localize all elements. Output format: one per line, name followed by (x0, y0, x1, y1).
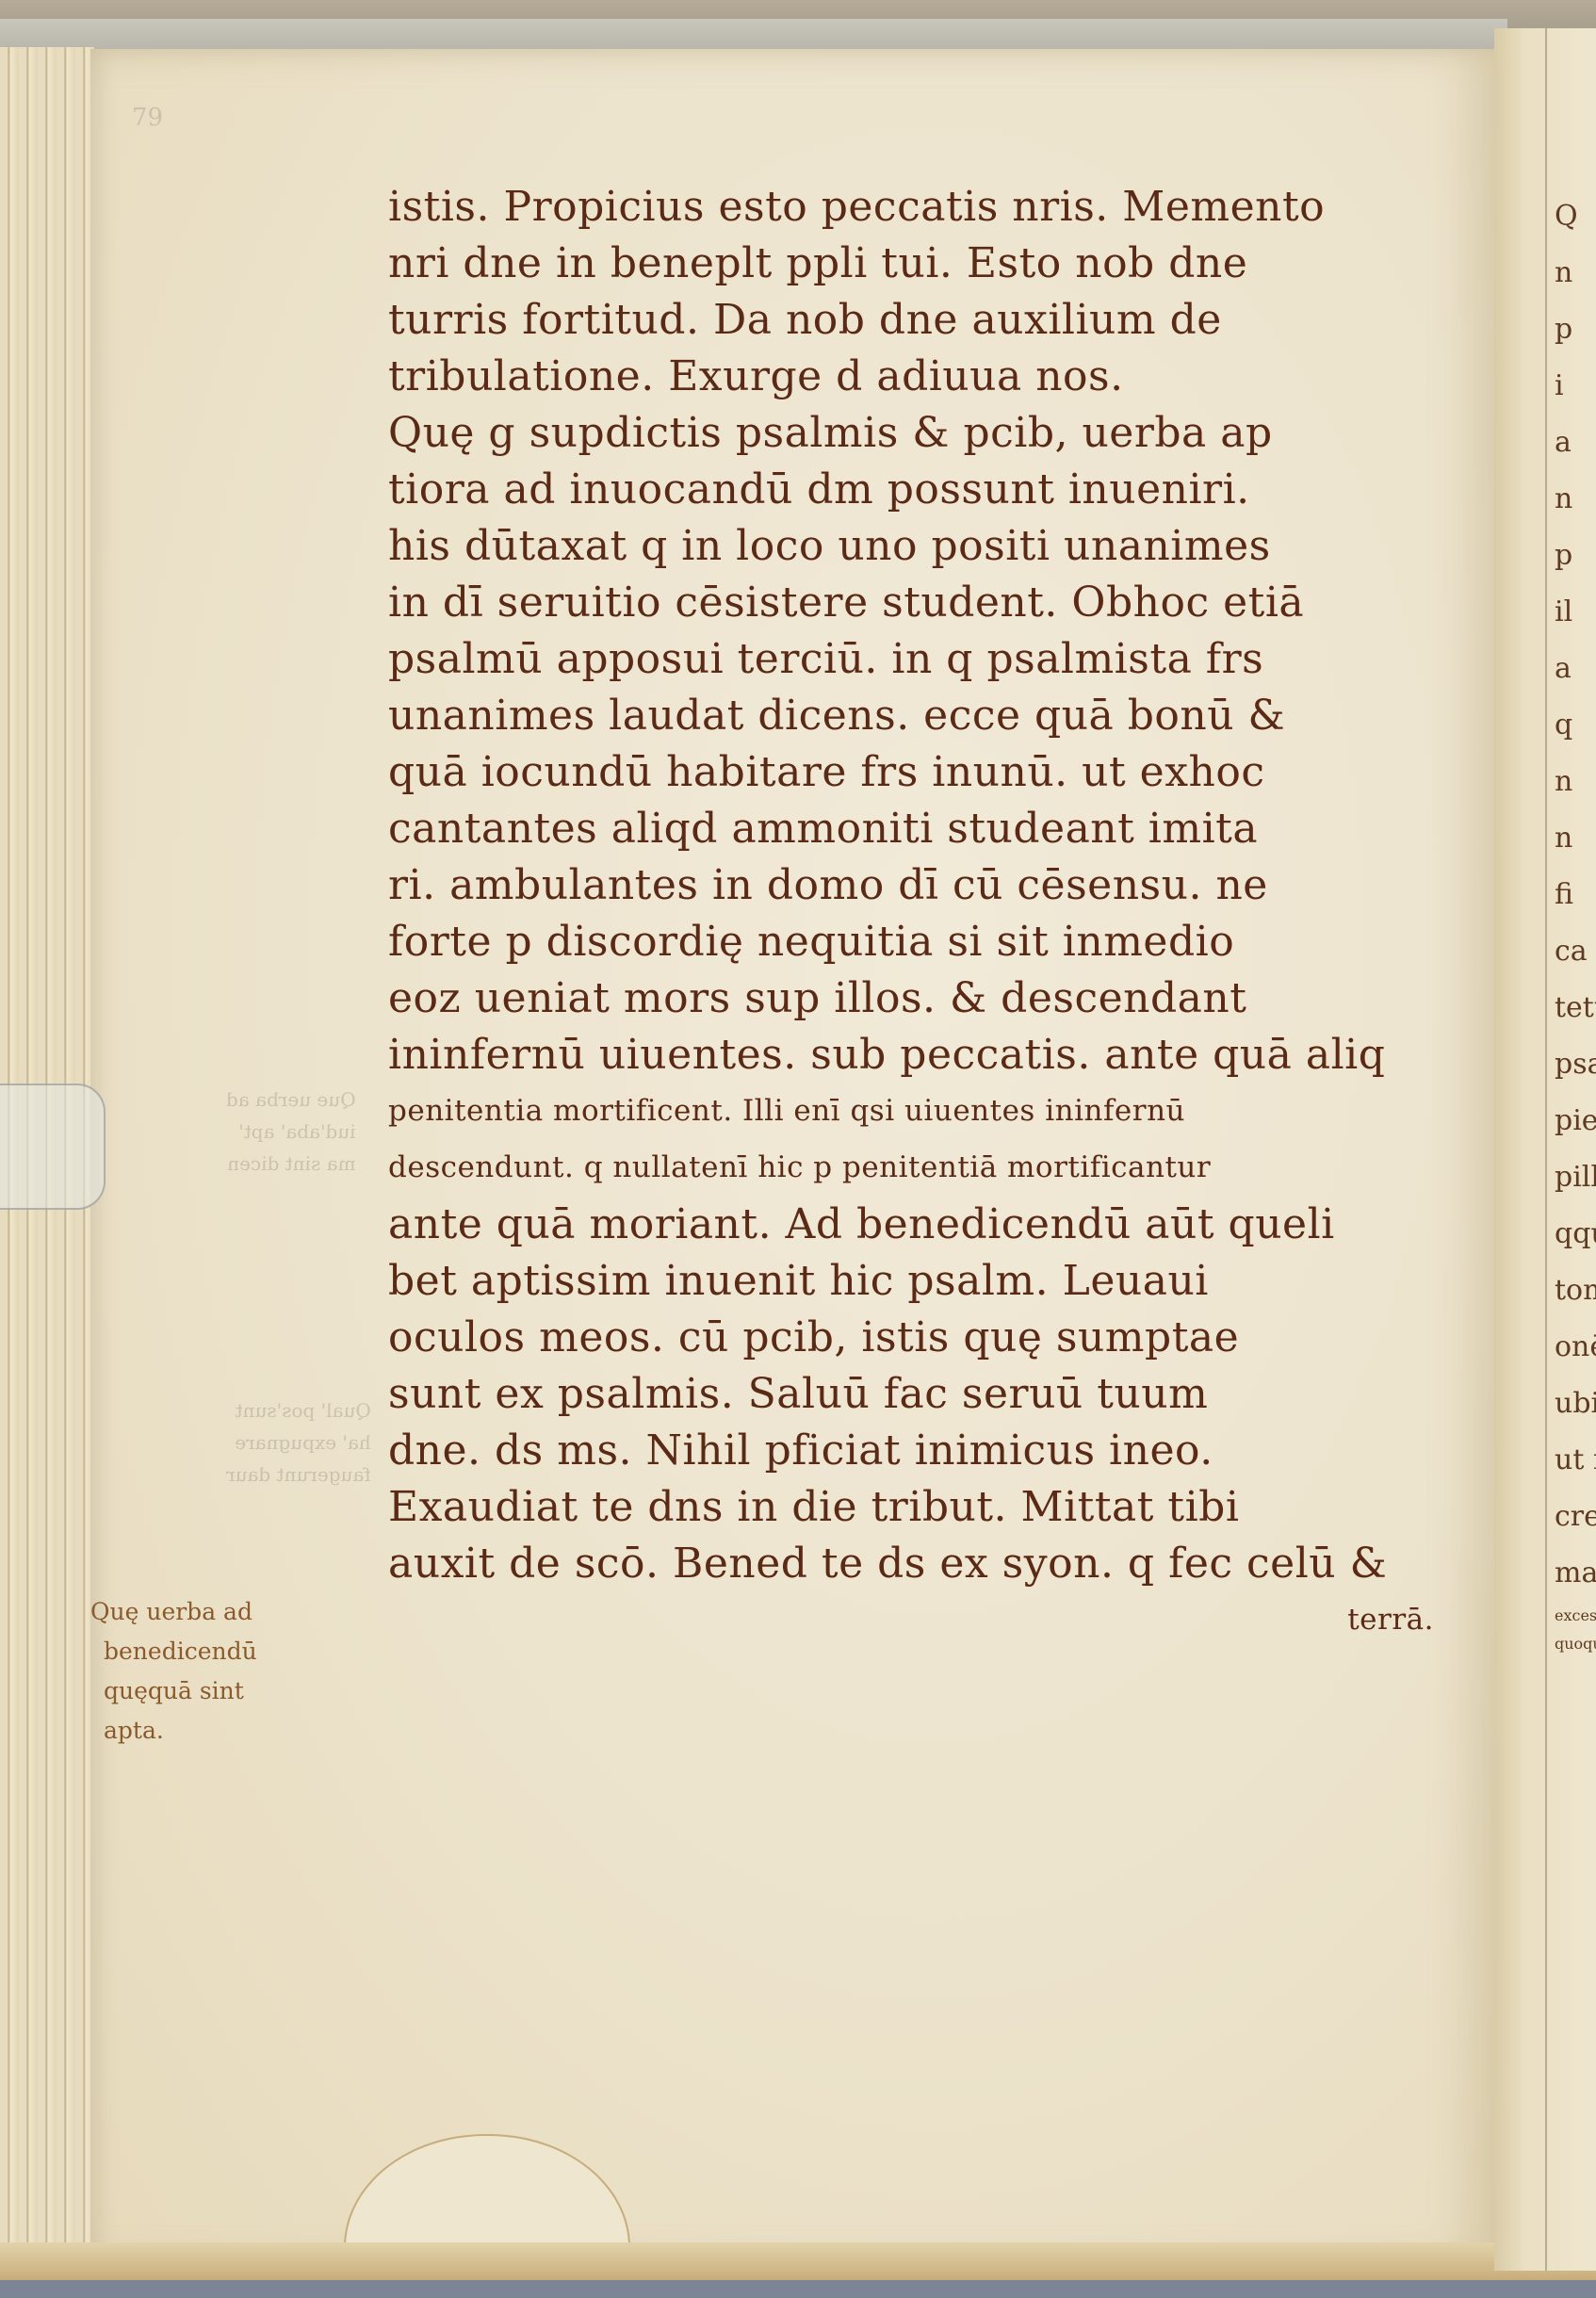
fragment-line: pieta (1555, 1093, 1596, 1149)
text-line: sunt ex psalmis. Saluū fac seruū tuum (388, 1366, 1472, 1423)
fragment-line: n (1555, 754, 1596, 810)
text-line: auxit de scō. Bened te ds ex syon. q fec… (388, 1536, 1472, 1592)
fragment-line: credu (1555, 1489, 1596, 1545)
fragment-line: Q (1555, 188, 1596, 245)
text-line: ininfernū uiuentes. sub peccatis. ante q… (388, 1027, 1472, 1084)
margin-note-line: Quę uerba ad (90, 1592, 335, 1632)
fragment-line: ca (1555, 923, 1596, 980)
ghost-note-upper: Que uerba ad iud'aba' apt' ma sint dicen (226, 1084, 356, 1180)
text-line: istis. Propicius esto peccatis nris. Mem… (388, 179, 1472, 236)
fragment-line: i (1555, 358, 1596, 415)
fragment-line: n (1555, 245, 1596, 302)
text-line: quā iocundū habitare frs inunū. ut exhoc (388, 744, 1472, 801)
fragment-line: a (1555, 641, 1596, 697)
fragment-line: ut n (1555, 1432, 1596, 1489)
text-line: ante quā moriant. Ad benedicendū aūt que… (388, 1197, 1472, 1253)
book-board-top (0, 19, 1507, 51)
text-line: Exaudiat te dns in die tribut. Mittat ti… (388, 1479, 1472, 1536)
text-line: eoz ueniat mors sup illos. & descendant (388, 970, 1472, 1027)
fragment-line: ubi (1555, 1376, 1596, 1432)
text-line-small: penitentia mortificent. Illi enī qsi uiu… (388, 1084, 1472, 1140)
faint-page-number: 79 (132, 104, 163, 132)
ghost-line: Qual' pos'sunt (226, 1394, 371, 1426)
fragment-line: maiorz (1555, 1545, 1596, 1602)
text-line: tiora ad inuocandū dm possunt inueniri. (388, 462, 1472, 518)
book-edge-bottom (0, 2242, 1596, 2280)
fragment-line: fi (1555, 867, 1596, 923)
fragment-line: psal (1555, 1036, 1596, 1093)
main-text-block: istis. Propicius esto peccatis nris. Mem… (388, 179, 1472, 1649)
text-line: Quę g supdictis psalmis & pcib, uerba ap (388, 405, 1472, 462)
fragment-line: pilli (1555, 1149, 1596, 1206)
text-line-small: descendunt. q nullatenī hic p penitentiā… (388, 1140, 1472, 1197)
facing-page-text-fragments: Q n p i a n p il a q n n fi ca tett, psa… (1555, 188, 1596, 1658)
margin-note-line: quęquā sint (90, 1671, 335, 1711)
text-line: tribulatione. Exurge d adiuua nos. (388, 349, 1472, 405)
fragment-line: tett, (1555, 980, 1596, 1036)
fragment-line: il (1555, 584, 1596, 641)
text-line: his dūtaxat q in loco uno positi unanime… (388, 518, 1472, 575)
text-line: ri. ambulantes in domo dī cū cēsensu. ne (388, 857, 1472, 914)
text-line: forte p discordię nequitia si sit inmedi… (388, 914, 1472, 970)
ghost-line: faugerunt daur (226, 1459, 371, 1491)
text-line: nri dne in beneplt ppli tui. Esto nob dn… (388, 236, 1472, 292)
fragment-line: p (1555, 528, 1596, 584)
text-line-final: terrā. (388, 1592, 1472, 1649)
page-clip (0, 1084, 106, 1210)
text-line: unanimes laudat dicens. ecce quā bonū & (388, 688, 1472, 744)
text-line: in dī seruitio cēsistere student. Obhoc … (388, 575, 1472, 631)
margin-note-line: apta. (90, 1711, 335, 1751)
fragment-line: a (1555, 415, 1596, 471)
ghost-line: ma sint dicen (226, 1148, 356, 1180)
fragment-line-small: excess' bi ni (1555, 1602, 1596, 1630)
fragment-line: qqua (1555, 1206, 1596, 1263)
text-line: turris fortitud. Da nob dne auxilium de (388, 292, 1472, 349)
text-line: bet aptissim inuenit hic psalm. Leuaui (388, 1253, 1472, 1310)
fragment-line: n (1555, 471, 1596, 528)
margin-note: Quę uerba ad benedicendū quęquā sint apt… (90, 1592, 335, 1751)
fragment-line: n (1555, 810, 1596, 867)
margin-note-line: benedicendū (90, 1632, 335, 1671)
fragment-line: p (1555, 302, 1596, 358)
fragment-line: toma (1555, 1263, 1596, 1319)
text-line: psalmū apposui terciū. in q psalmista fr… (388, 631, 1472, 688)
text-line: oculos meos. cū pcib, istis quę sumptae (388, 1310, 1472, 1366)
fragment-line: q (1555, 697, 1596, 754)
ghost-line: iud'aba' apt' (226, 1116, 356, 1148)
fragment-line-small: quoque paul (1555, 1630, 1596, 1658)
facing-page-fold (1545, 28, 1547, 2271)
fragment-line: onē (1555, 1319, 1596, 1376)
ghost-note-lower: Qual' pos'sunt ha' expugnare faugerunt d… (226, 1394, 371, 1491)
text-line: dne. ds ms. Nihil pficiat inimicus ineo. (388, 1423, 1472, 1479)
ghost-line: ha' expugnare (226, 1426, 371, 1459)
text-line: cantantes aliqd ammoniti studeant imita (388, 801, 1472, 857)
ghost-line: Que uerba ad (226, 1084, 356, 1116)
